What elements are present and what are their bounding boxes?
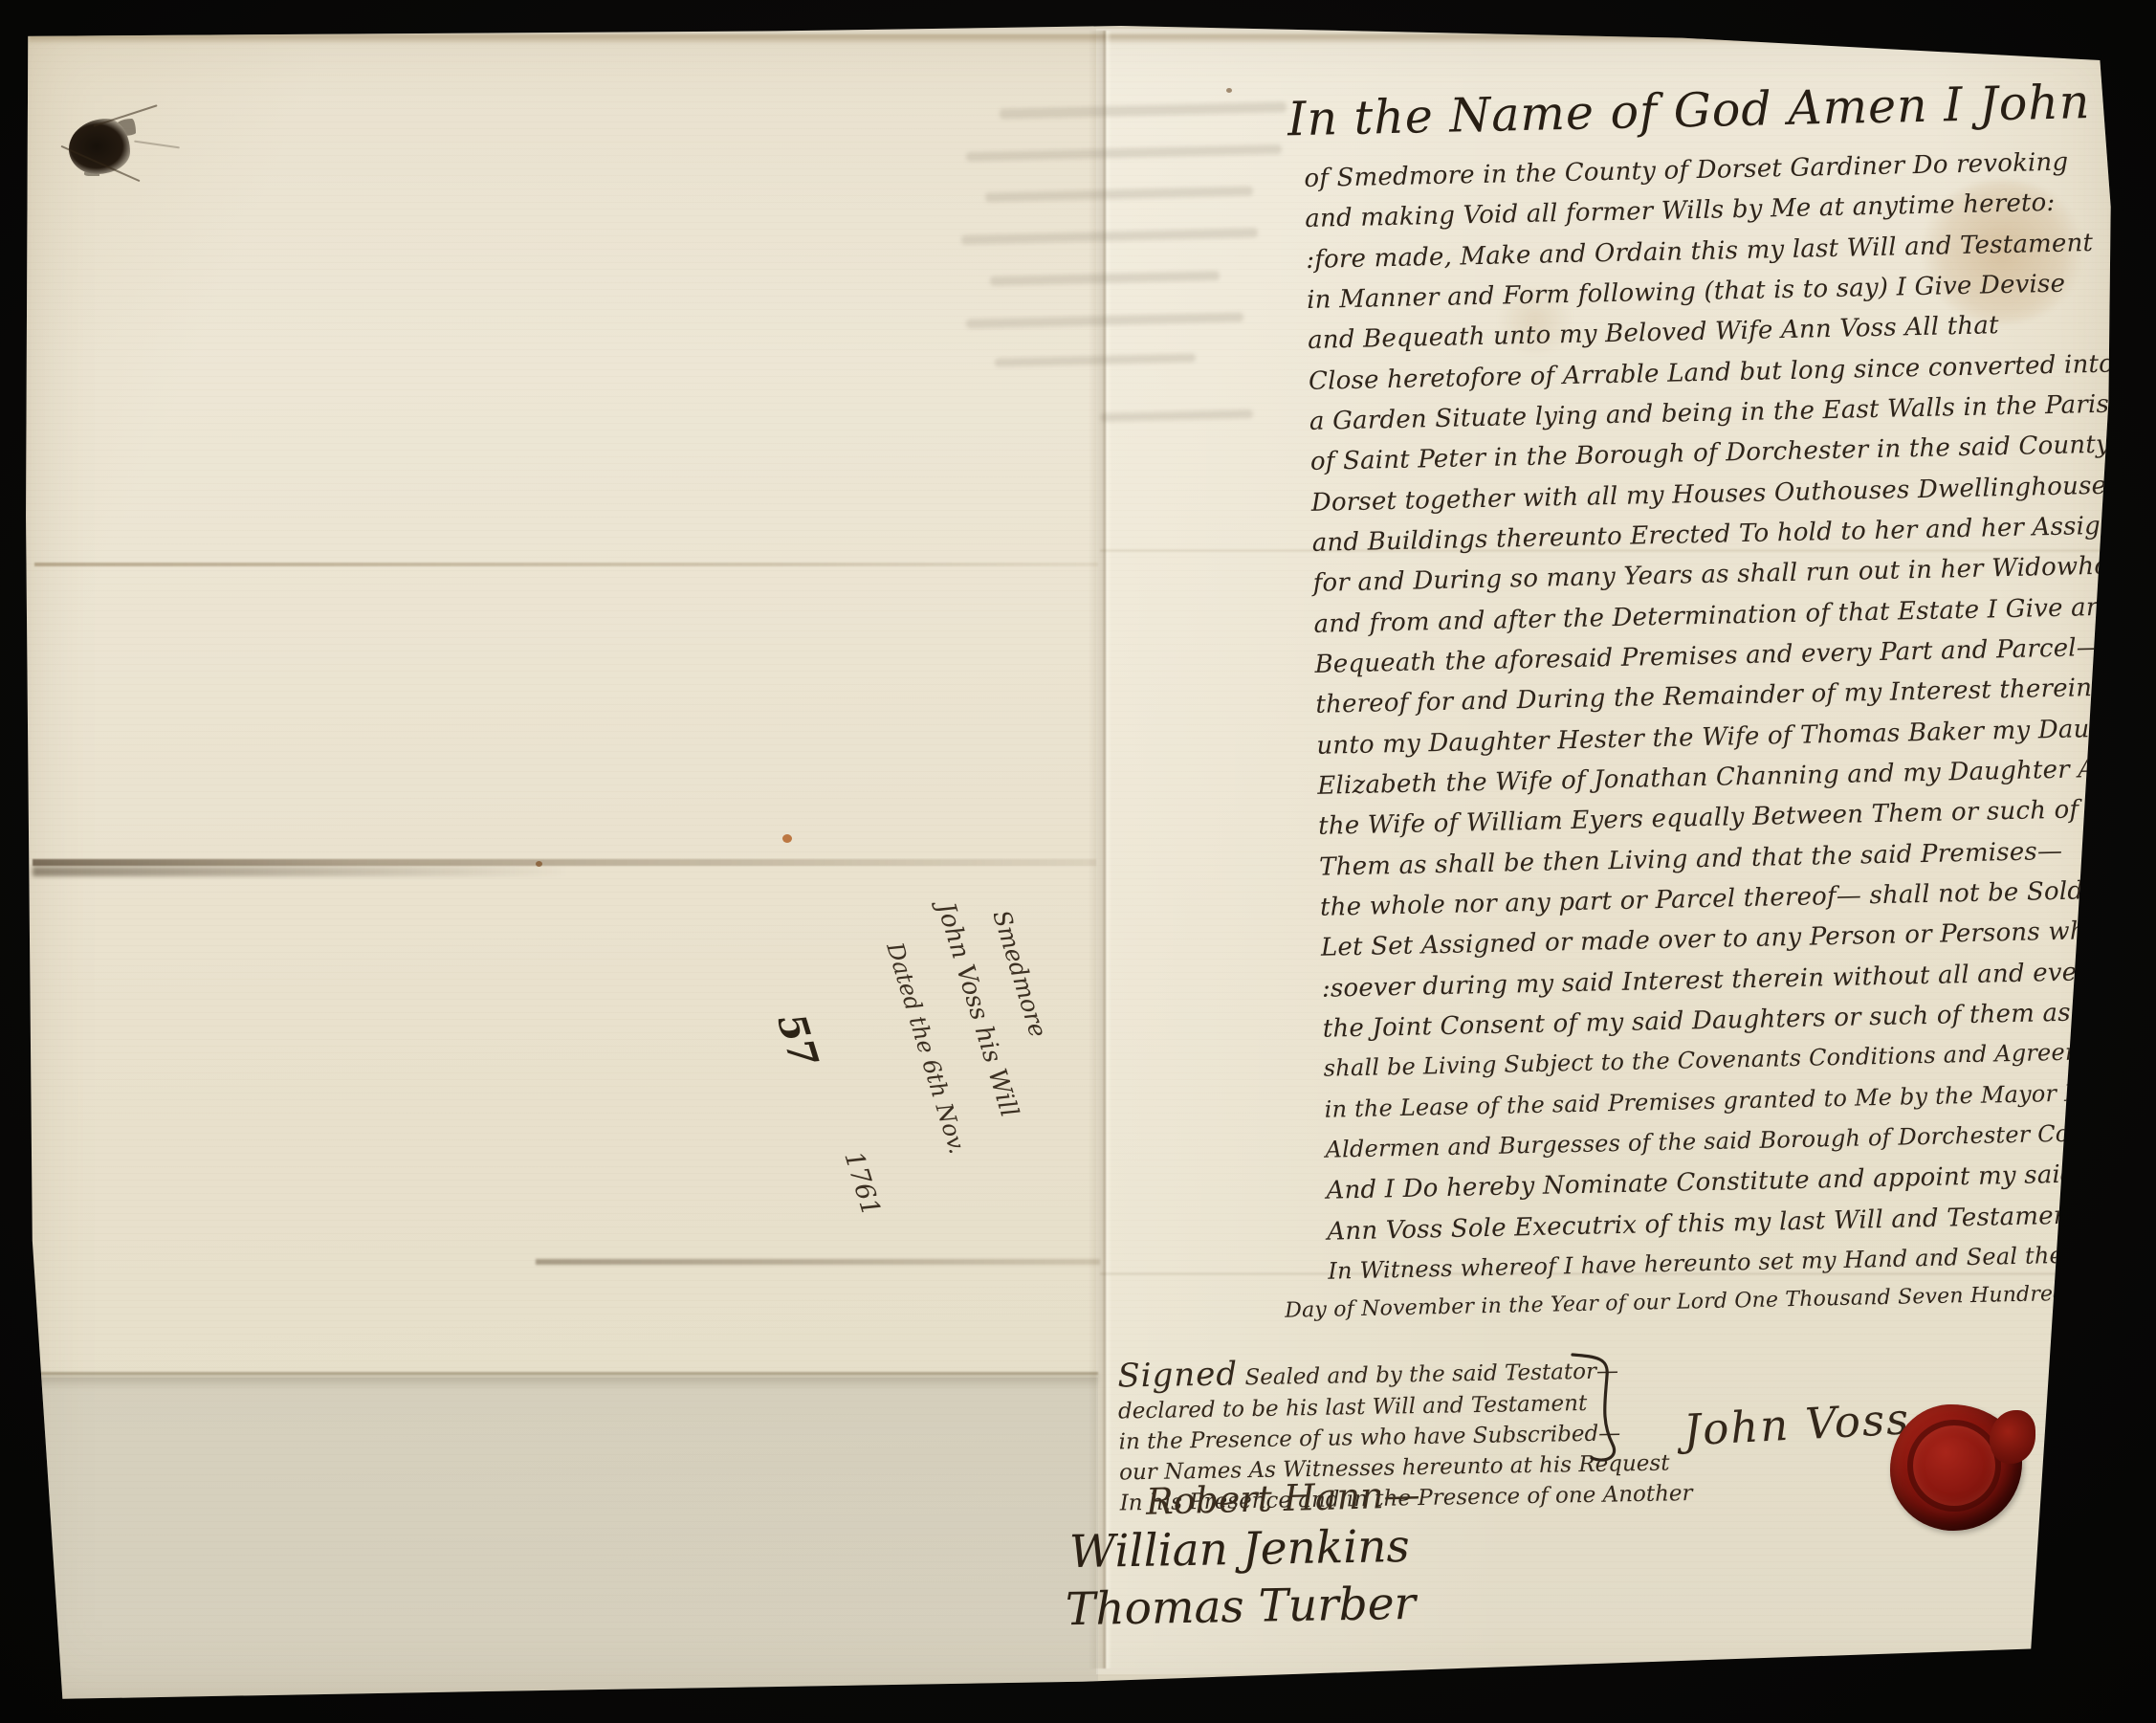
will-text-line: of Saint Peter in the Borough of Dorches…	[1310, 430, 2144, 476]
witness-signature: Robert Hann—	[1145, 1473, 1420, 1522]
bleed-through-line	[1100, 409, 1253, 422]
will-text-line: and from and after the Determination of …	[1313, 592, 2144, 639]
will-text-line: Aldermen and Burgesses of the said Borou…	[1325, 1118, 2156, 1163]
will-text-line: and Bequeath unto my Beloved Wife Ann Vo…	[1308, 311, 1999, 355]
will-text-line: :fore made, Make and Ordain this my last…	[1306, 229, 2093, 275]
will-text-line: Day of November in the Year of our Lord …	[1285, 1278, 2156, 1322]
horizontal-crease	[34, 563, 1098, 566]
horizontal-crease-shadow	[34, 1374, 1098, 1389]
will-text-line: In Witness whereof I have hereunto set m…	[1328, 1240, 2132, 1284]
pen-scratch	[93, 104, 157, 127]
bleed-through-line	[995, 353, 1196, 366]
will-text-line: thereof for and During the Remainder of …	[1315, 674, 2118, 719]
will-text-line: Bequeath the aforesaid Premises and ever…	[1314, 633, 2101, 679]
speck	[782, 834, 792, 843]
will-text-line: and Buildings thereunto Erected To hold …	[1311, 511, 2129, 558]
vertical-fold-line	[1089, 31, 1121, 1668]
will-text-line: Dorset together with all my Houses Outho…	[1311, 471, 2121, 517]
horizontal-crease	[536, 1259, 1100, 1265]
horizontal-crease	[34, 1372, 1098, 1375]
attestation-line: Sealed and by the said Testator—	[1244, 1359, 1618, 1390]
bleed-through-line	[966, 312, 1243, 328]
ink-blot	[69, 119, 130, 174]
bleed-through-line	[985, 187, 1253, 203]
speck	[1226, 88, 1232, 93]
pen-scratch	[134, 141, 180, 149]
endorsement-year: 1761	[838, 1148, 886, 1220]
will-text-line: And I Do hereby Nominate Constitute and …	[1326, 1159, 2143, 1205]
will-text-line: Close heretofore of Arrable Land but lon…	[1309, 350, 2115, 396]
will-text-line: in Manner and Form following (that is to…	[1307, 270, 2066, 315]
endorsement-number: 57	[768, 1008, 826, 1072]
photograph-backdrop: { "document": { "kind_label": "Manuscrip…	[0, 0, 2156, 1723]
attestation-bracket	[1571, 1347, 1624, 1471]
will-text-line: of Smedmore in the County of Dorset Gard…	[1304, 148, 2068, 193]
will-text-line: Ann Voss Sole Executrix of this my last …	[1327, 1201, 2105, 1247]
bleed-through-line	[1000, 101, 1287, 119]
will-text-line: shall be Living Subject to the Covenants…	[1323, 1037, 2137, 1082]
will-text-line: the whole nor any part or Parcel thereof…	[1320, 876, 2084, 921]
witness-signature: Willian Jenkins	[1069, 1520, 1411, 1579]
will-text-line: Them as shall be then Living and that th…	[1319, 837, 2063, 882]
bleed-through-line	[961, 228, 1258, 245]
speck	[536, 861, 542, 867]
witness-signature: Thomas Turber	[1066, 1578, 1417, 1636]
attestation-clause: Signed Sealed and by the said Testator— …	[1117, 1348, 1615, 1357]
fold-panel-shading	[27, 34, 1096, 570]
horizontal-crease-smudge	[33, 867, 568, 876]
bleed-through-line	[990, 271, 1220, 286]
pen-scratch	[60, 145, 140, 182]
will-text-line: and making Void all former Wills by Me a…	[1305, 188, 2056, 233]
bleed-through-line	[966, 144, 1282, 162]
horizontal-crease	[33, 859, 1096, 866]
parchment-sheet: In the Name of God Amen I John Voss of S…	[0, 0, 2156, 1723]
testator-signature: John Voss.	[1683, 1392, 1927, 1455]
will-text-line: a Garden Situate lying and being in the …	[1309, 389, 2126, 436]
attestation-line: in the Presence of us who have Subscribe…	[1118, 1421, 1620, 1454]
attestation-line: declared to be his last Will and Testame…	[1118, 1391, 1588, 1425]
will-text-line: the Joint Consent of my said Daughters o…	[1323, 999, 2071, 1044]
top-edge-crease	[29, 34, 2101, 44]
attestation-lead-word: Signed	[1117, 1355, 1238, 1395]
will-text-line: :soever during my said Interest therein …	[1322, 958, 2103, 1004]
will-text-line: unto my Daughter Hester the Wife of Thom…	[1316, 714, 2156, 761]
will-text-line: in the Lease of the said Premises grante…	[1324, 1078, 2147, 1123]
will-text-line: Elizabeth the Wife of Jonathan Channing …	[1317, 754, 2128, 800]
will-text-line: for and During so many Years as shall ru…	[1312, 551, 2141, 598]
will-opening-line: In the Name of God Amen I John Voss	[1287, 72, 2156, 146]
will-text-line: the Wife of William Eyers equally Betwee…	[1318, 795, 2079, 840]
red-wax-seal	[1890, 1404, 2022, 1531]
fold-panel-shading	[27, 1378, 1098, 1708]
endorsement-place: Smedmore	[987, 907, 1052, 1041]
will-text-line: Let Set Assigned or made over to any Per…	[1321, 917, 2121, 962]
